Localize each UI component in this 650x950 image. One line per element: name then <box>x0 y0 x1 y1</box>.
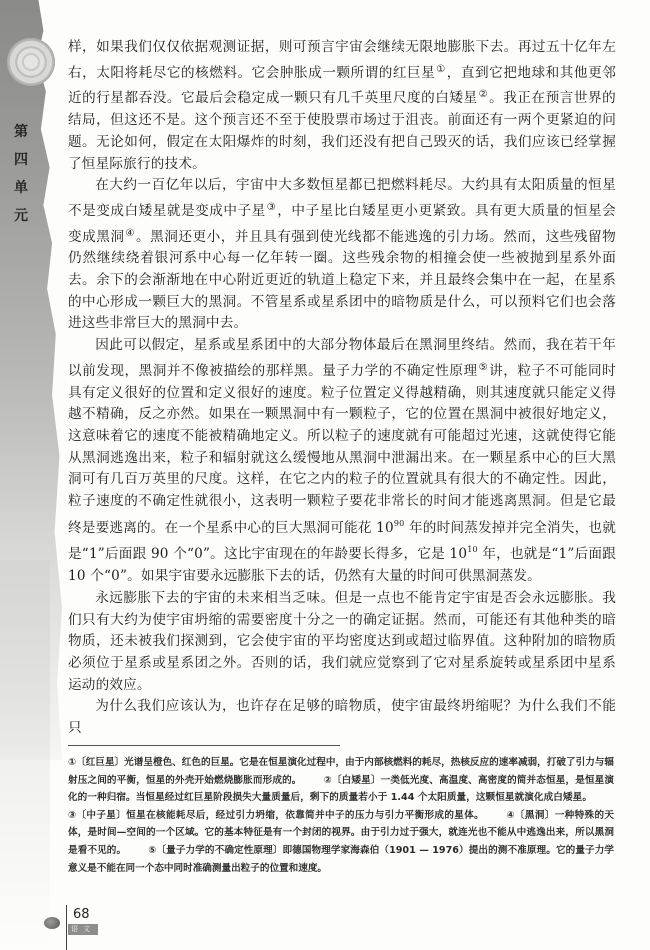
unit-char: 元 <box>14 202 28 230</box>
footnote-marker[interactable]: ① <box>436 64 446 75</box>
page-number: 68 <box>73 907 90 922</box>
footnotes: ①〔红巨星〕光谱呈橙色、红色的巨星。它是在恒星演化过程中，由于内部核燃料的耗尽，… <box>68 754 614 877</box>
unit-medallion-icon <box>7 38 55 86</box>
unit-char: 单 <box>14 174 28 202</box>
subject-tag: 语文 <box>68 924 98 935</box>
footnote-marker[interactable]: ④ <box>126 228 136 239</box>
footnote-marker[interactable]: ② <box>479 89 489 100</box>
footer-divider <box>66 905 67 950</box>
unit-label: 第 四 单 元 <box>10 118 32 230</box>
paragraph-4: 永远膨胀下去的宇宙的未来相当乏味。但是一点也不能肯定宇宙是否会永远膨胀。我们只有… <box>68 588 616 697</box>
paragraph-3: 因此可以假定，星系或星系团中的大部分物体最后在黑洞里终结。然而，我在若干年以前发… <box>68 335 616 588</box>
unit-char: 四 <box>14 146 28 174</box>
exponent: 90 <box>394 519 405 528</box>
body-text: 样，如果我们仅仅依据观测证据，则可预言宇宙会继续无限地膨胀下去。再过五十亿年左右… <box>68 37 616 740</box>
footnote-divider <box>68 745 340 746</box>
bullet-dot-icon <box>44 917 60 929</box>
text-run: 讲，粒子不可能同时具有定义很好的位置和定义很好的速度。粒子位置定义得越精确，则其… <box>68 363 616 536</box>
unit-char: 第 <box>14 118 28 146</box>
footnote-marker[interactable]: ③ <box>267 202 277 213</box>
exponent: 10 <box>467 545 478 554</box>
side-decoration-fade <box>0 560 50 950</box>
paragraph-2: 在大约一百亿年以后，宇宙中大多数恒星都已把燃料耗尽。大约具有太阳质量的恒星不是变… <box>68 175 616 335</box>
text-run: 。黑洞还更小，并且具有强到使光线都不能逃逸的引力场。然而，这些残留物仍然继续绕着… <box>68 229 616 332</box>
footnote-marker[interactable]: ⑤ <box>479 362 489 373</box>
footnote-uncertainty-principle: ⑤〔量子力学的不确定性原理〕即德国物理学家海森伯（1901 — 1976）提出的… <box>68 845 614 874</box>
paragraph-5: 为什么我们应该认为，也许存在足够的暗物质，使宇宙最终坍缩呢？为什么我们不能只 <box>68 696 616 739</box>
paragraph-1: 样，如果我们仅仅依据观测证据，则可预言宇宙会继续无限地膨胀下去。再过五十亿年左右… <box>68 37 616 175</box>
